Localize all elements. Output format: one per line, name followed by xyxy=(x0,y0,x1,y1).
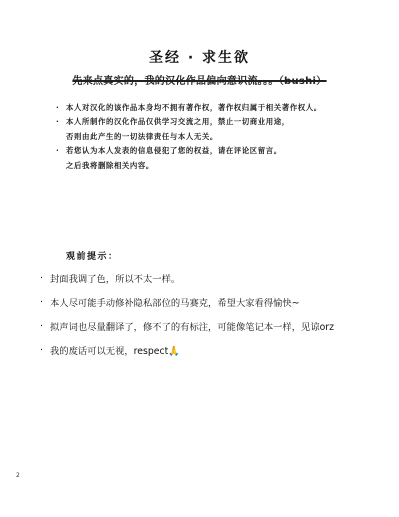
disclaimer-item: · 本人所制作的汉化作品仅供学习交流之用，禁止一切商业用途， xyxy=(56,115,396,130)
bullet: · xyxy=(40,297,50,308)
bullet: · xyxy=(56,146,66,155)
note-text: 本人尽可能手动修补隐私部位的马赛克，希望大家看得愉快~ xyxy=(50,295,300,309)
note-item: · 拟声词也尽量翻译了，修不了的有标注，可能像笔记本一样，见谅orz xyxy=(40,314,390,338)
note-text: 封面我调了色，所以不太一样。 xyxy=(50,271,180,285)
disclaimer-item: · 若您认为本人发表的信息侵犯了您的权益，请在评论区留言。 xyxy=(56,144,396,159)
strikethrough-joke-line: 先来点真实的，我的汉化作品偏向意识流。。。（bushi） xyxy=(0,72,399,87)
note-text: 我的废话可以无视，respect🙏 xyxy=(50,343,180,357)
note-text: 拟声词也尽量翻译了，修不了的有标注，可能像笔记本一样，见谅orz xyxy=(50,319,334,333)
disclaimer-text: 否则由此产生的一切法律责任与本人无关。 xyxy=(66,131,218,142)
page-title: 圣经 · 求生欲 xyxy=(0,47,399,67)
disclaimer-item: · 本人对汉化的该作品本身均不拥有著作权，著作权归属于相关著作权人。 xyxy=(56,100,396,115)
notes-list: · 封面我调了色，所以不太一样。 · 本人尽可能手动修补隐私部位的马赛克，希望大… xyxy=(40,266,390,362)
bullet: · xyxy=(40,273,50,284)
disclaimer-section: · 本人对汉化的该作品本身均不拥有著作权，著作权归属于相关著作权人。 · 本人所… xyxy=(56,100,396,173)
bullet: · xyxy=(56,103,66,112)
notes-heading: 观前提示： xyxy=(66,249,119,262)
disclaimer-text: 若您认为本人发表的信息侵犯了您的权益，请在评论区留言。 xyxy=(66,145,282,156)
disclaimer-text: 本人对汉化的该作品本身均不拥有著作权，著作权归属于相关著作权人。 xyxy=(66,102,322,113)
bullet: · xyxy=(56,117,66,126)
bullet: · xyxy=(40,321,50,332)
note-item: · 本人尽可能手动修补隐私部位的马赛克，希望大家看得愉快~ xyxy=(40,290,390,314)
disclaimer-text: 本人所制作的汉化作品仅供学习交流之用，禁止一切商业用途， xyxy=(66,116,290,127)
disclaimer-continuation: 否则由此产生的一切法律责任与本人无关。 xyxy=(56,129,396,144)
page-number: 2 xyxy=(16,472,20,479)
bullet: · xyxy=(40,345,50,356)
note-item: · 我的废话可以无视，respect🙏 xyxy=(40,338,390,362)
disclaimer-continuation: 之后我将删除相关内容。 xyxy=(56,158,396,173)
note-item: · 封面我调了色，所以不太一样。 xyxy=(40,266,390,290)
disclaimer-text: 之后我将删除相关内容。 xyxy=(66,160,154,171)
